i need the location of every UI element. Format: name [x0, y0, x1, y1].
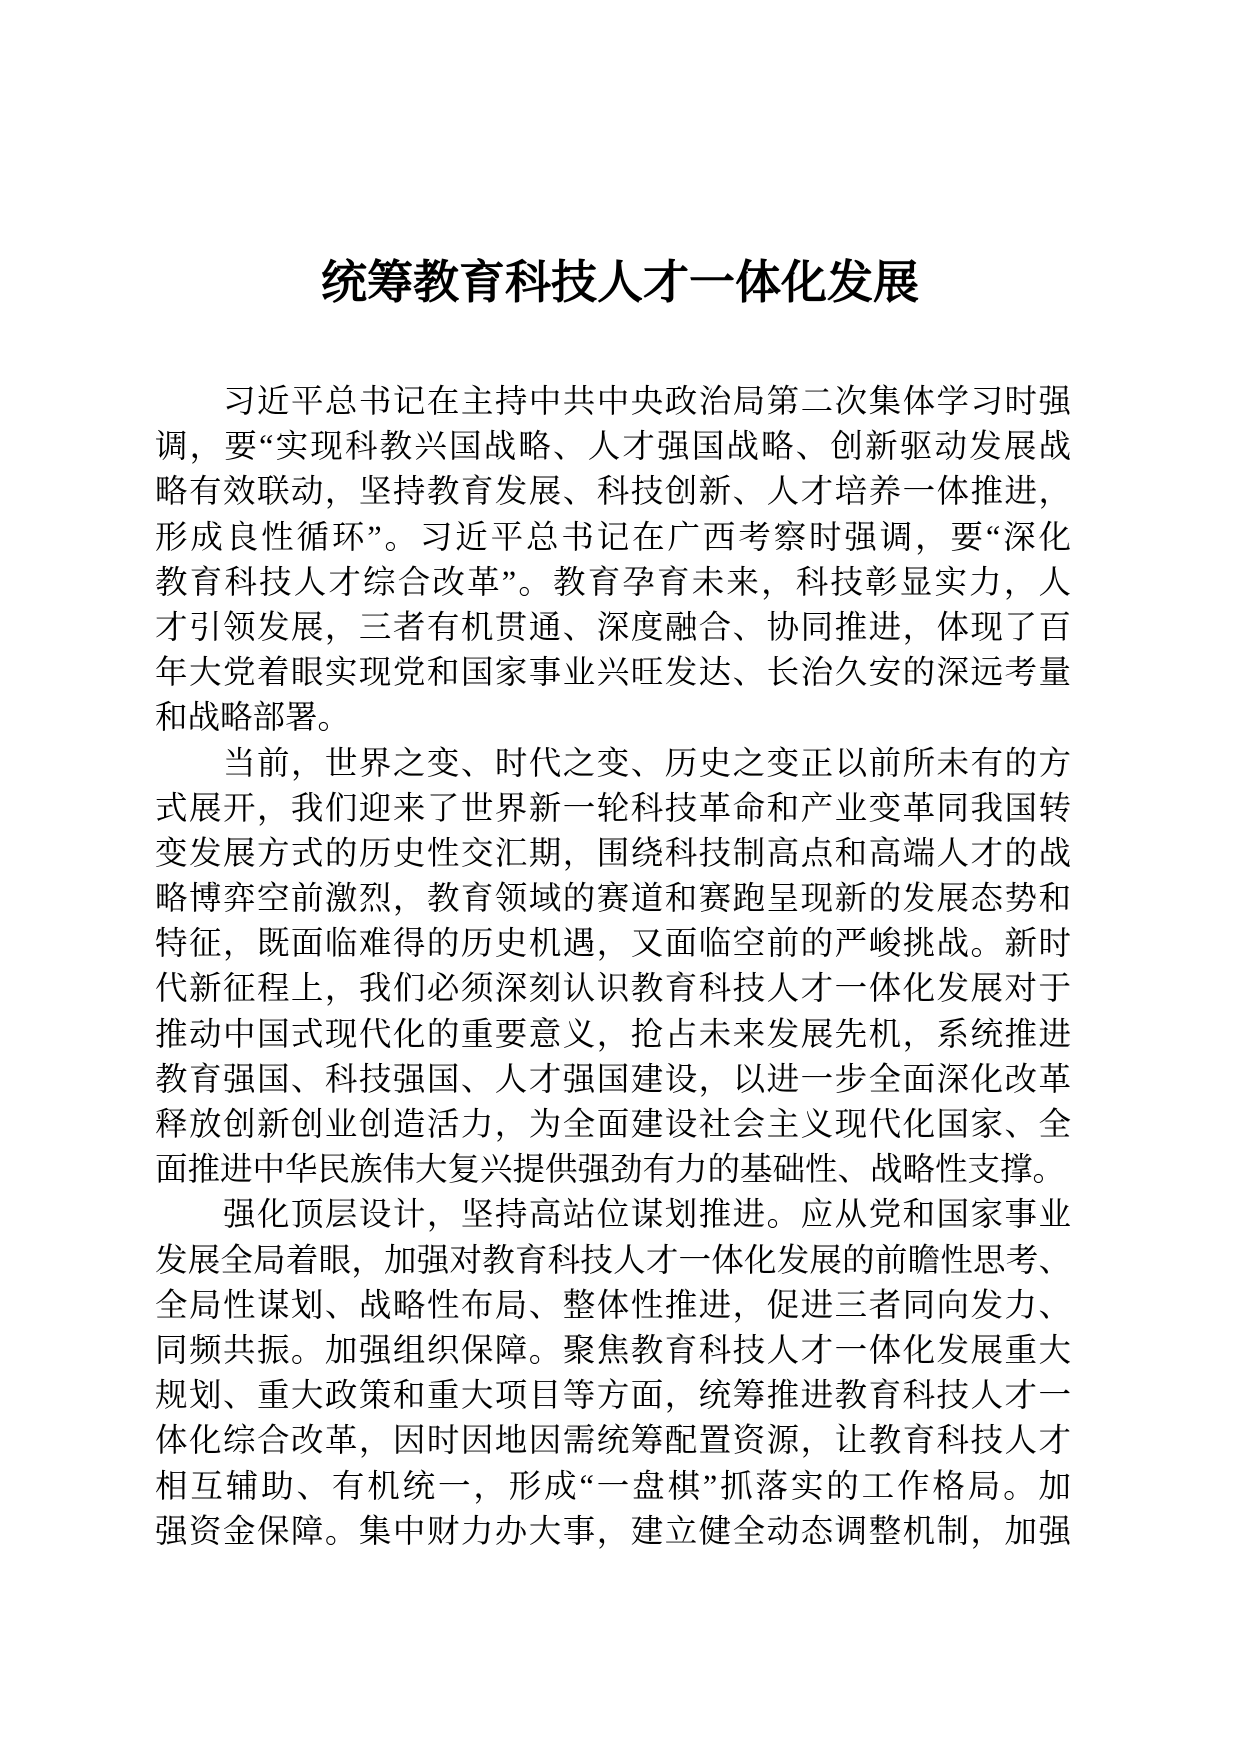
- text-line: 才引领发展，三者有机贯通、深度融合、协同推进，体现了百: [155, 606, 1071, 651]
- text-line: 强资金保障。集中财力办大事，建立健全动态调整机制，加强: [155, 1510, 1071, 1555]
- text-line: 同频共振。加强组织保障。聚焦教育科技人才一体化发展重大: [155, 1329, 1071, 1374]
- text-line: 全局性谋划、战略性布局、整体性推进，促进三者同向发力、: [155, 1284, 1071, 1329]
- text-line: 面推进中华民族伟大复兴提供强劲有力的基础性、战略性支撑。: [155, 1148, 1071, 1193]
- text-line: 特征，既面临难得的历史机遇，又面临空前的严峻挑战。新时: [155, 922, 1071, 967]
- text-line: 体化综合改革，因时因地因需统筹配置资源，让教育科技人才: [155, 1419, 1071, 1464]
- paragraph-2: 当前，世界之变、时代之变、历史之变正以前所未有的方式展开，我们迎来了世界新一轮科…: [155, 742, 1071, 1194]
- text-line: 略博弈空前激烈，教育领域的赛道和赛跑呈现新的发展态势和: [155, 877, 1071, 922]
- text-line: 相互辅助、有机统一，形成“一盘棋”抓落实的工作格局。加: [155, 1465, 1071, 1510]
- text-line: 形成良性循环”。习近平总书记在广西考察时强调，要“深化: [155, 516, 1071, 561]
- text-line: 年大党着眼实现党和国家事业兴旺发达、长治久安的深远考量: [155, 651, 1071, 696]
- paragraph-1: 习近平总书记在主持中共中央政治局第二次集体学习时强调，要“实现科教兴国战略、人才…: [155, 380, 1071, 742]
- text-line: 略有效联动，坚持教育发展、科技创新、人才培养一体推进，: [155, 470, 1071, 515]
- text-line: 和战略部署。: [155, 696, 1071, 741]
- paragraph-3: 强化顶层设计，坚持高站位谋划推进。应从党和国家事业发展全局着眼，加强对教育科技人…: [155, 1193, 1071, 1555]
- text-line: 调，要“实现科教兴国战略、人才强国战略、创新驱动发展战: [155, 425, 1071, 470]
- text-line: 变发展方式的历史性交汇期，围绕科技制高点和高端人才的战: [155, 832, 1071, 877]
- document-body: 习近平总书记在主持中共中央政治局第二次集体学习时强调，要“实现科教兴国战略、人才…: [155, 380, 1071, 1555]
- text-line: 推动中国式现代化的重要意义，抢占未来发展先机，系统推进: [155, 1013, 1071, 1058]
- text-line: 释放创新创业创造活力，为全面建设社会主义现代化国家、全: [155, 1103, 1071, 1148]
- text-line: 当前，世界之变、时代之变、历史之变正以前所未有的方: [155, 742, 1071, 787]
- document-title: 统筹教育科技人才一体化发展: [0, 256, 1240, 310]
- text-line: 教育科技人才综合改革”。教育孕育未来，科技彰显实力，人: [155, 561, 1071, 606]
- text-line: 强化顶层设计，坚持高站位谋划推进。应从党和国家事业: [155, 1193, 1071, 1238]
- document-page: 统筹教育科技人才一体化发展 习近平总书记在主持中共中央政治局第二次集体学习时强调…: [0, 0, 1240, 1754]
- text-line: 习近平总书记在主持中共中央政治局第二次集体学习时强: [155, 380, 1071, 425]
- text-line: 规划、重大政策和重大项目等方面，统筹推进教育科技人才一: [155, 1374, 1071, 1419]
- text-line: 发展全局着眼，加强对教育科技人才一体化发展的前瞻性思考、: [155, 1239, 1071, 1284]
- text-line: 教育强国、科技强国、人才强国建设，以进一步全面深化改革: [155, 1058, 1071, 1103]
- text-line: 代新征程上，我们必须深刻认识教育科技人才一体化发展对于: [155, 967, 1071, 1012]
- text-line: 式展开，我们迎来了世界新一轮科技革命和产业变革同我国转: [155, 787, 1071, 832]
